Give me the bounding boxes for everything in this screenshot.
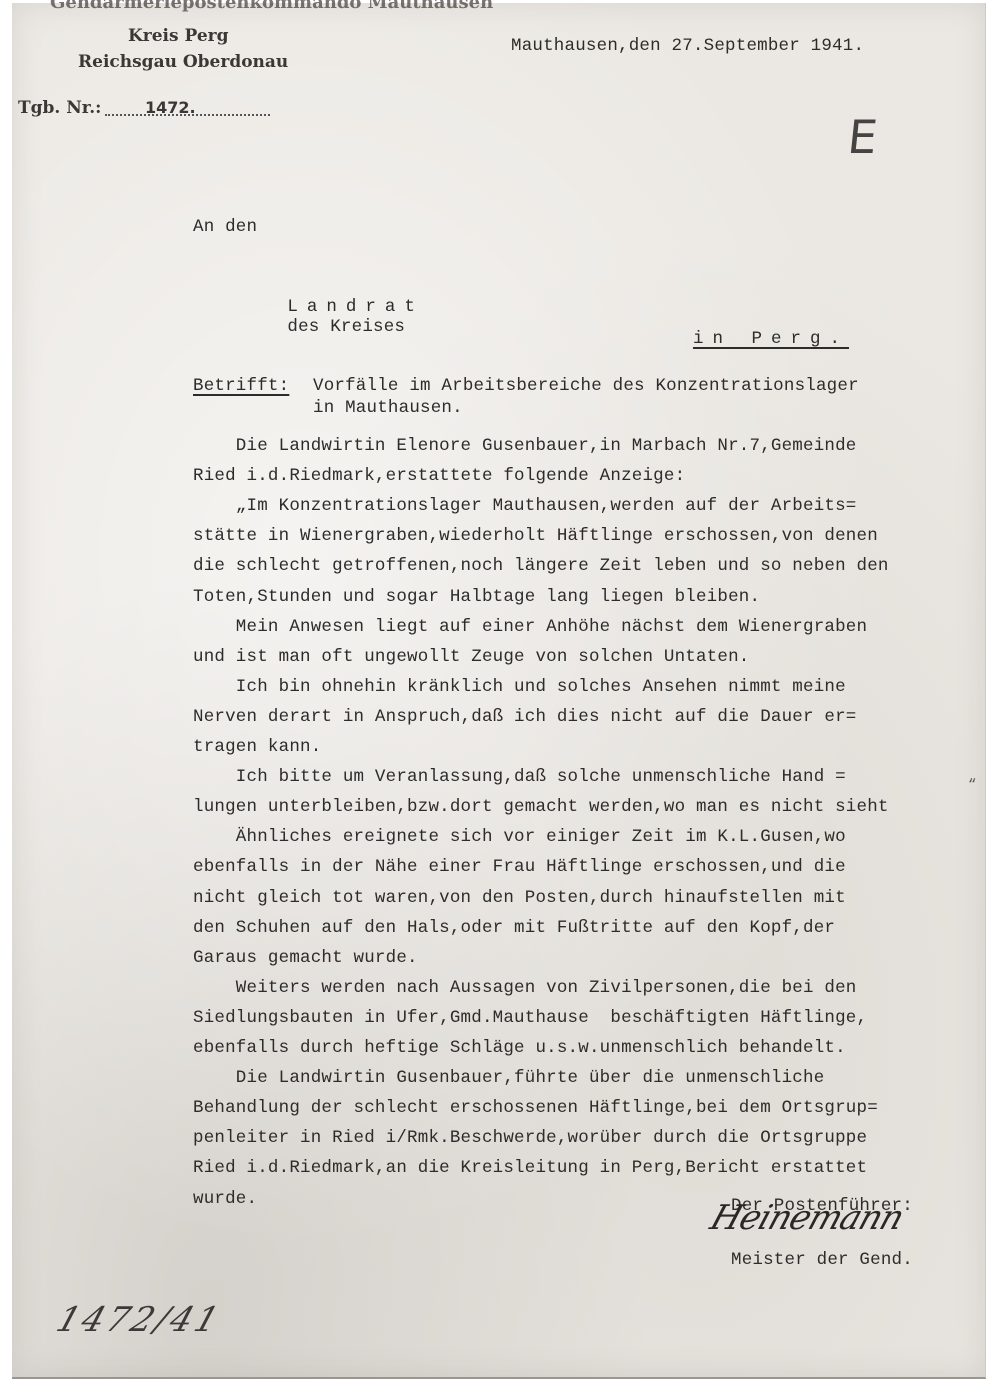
handwritten-reference-number: 1472/41 [52, 1300, 227, 1340]
body-line: Weiters werden nach Aussagen von Zivilpe… [193, 978, 857, 998]
body-line: nicht gleich tot waren,von den Posten,du… [193, 888, 846, 908]
body-line: Ich bitte um Veranlassung,daß solche unm… [193, 767, 846, 787]
body-line: Ried i.d.Riedmark,an die Kreisleitung in… [193, 1158, 867, 1178]
signature-rank: Meister der Gend. [731, 1250, 913, 1270]
handwritten-margin-mark: E [845, 110, 880, 164]
body-line: Die Landwirtin Elenore Gusenbauer,in Mar… [193, 436, 857, 456]
date-line: Mauthausen,den 27.September 1941. [511, 36, 864, 56]
body-line: lungen unterbleiben,bzw.dort gemacht wer… [193, 797, 889, 817]
body-line: Ried i.d.Riedmark,erstattete folgende An… [193, 466, 685, 486]
body-line: stätte in Wienergraben,wiederholt Häftli… [193, 526, 878, 546]
body-line: wurde. [193, 1189, 257, 1209]
journal-number-label: Tgb. Nr.: [18, 98, 101, 118]
letterhead-district: Kreis Perg [128, 26, 228, 46]
subject-line-1: Vorfälle im Arbeitsbereiche des Konzentr… [313, 376, 859, 396]
letterhead-station: Gendarmeriepostenkommando Mauthausen [50, 0, 493, 13]
body-line: Siedlungsbauten in Ufer,Gmd.Mauthause be… [193, 1008, 867, 1028]
body-line: Toten,Stunden und sogar Halbtage lang li… [193, 587, 760, 607]
subject-line-2: in Mauthausen. [313, 398, 463, 418]
body-line: Die Landwirtin Gusenbauer,führte über di… [193, 1068, 824, 1088]
body-line: Ich bin ohnehin kränklich und solches An… [193, 677, 846, 697]
subject-label: Betrifft: [193, 376, 289, 396]
body-line: Garaus gemacht wurde. [193, 948, 418, 968]
body-line: ebenfalls durch heftige Schläge u.s.w.un… [193, 1038, 846, 1058]
body-line: Ähnliches ereignete sich vor einiger Zei… [193, 827, 846, 847]
body-line: Behandlung der schlecht erschossenen Häf… [193, 1098, 878, 1118]
body-line: penleiter in Ried i/Rmk.Beschwerde,worüb… [193, 1128, 867, 1148]
recipient-location: in Perg. [693, 329, 849, 349]
journal-number: 1472. [145, 98, 196, 117]
letterhead-region: Reichsgau Oberdonau [78, 52, 288, 72]
body-line: tragen kann. [193, 737, 321, 757]
body-line: und ist man oft ungewollt Zeuge von solc… [193, 647, 750, 667]
body-line: „Im Konzentrationslager Mauthausen,werde… [193, 496, 857, 516]
closing-quote-mark: “ [968, 777, 976, 793]
body-line: Nerven derart in Anspruch,daß ich dies n… [193, 707, 857, 727]
recipient-salutation: An den [193, 217, 257, 237]
body-line: den Schuhen auf den Hals,oder mit Fußtri… [193, 918, 835, 938]
recipient-block: Landrat des Kreises [266, 277, 424, 337]
recipient-title-rest: des Kreises [287, 317, 405, 337]
body-line: die schlecht getroffenen,noch längere Ze… [193, 556, 889, 576]
body-line: Mein Anwesen liegt auf einer Anhöhe näch… [193, 617, 867, 637]
handwritten-signature: Heinemann [706, 1198, 909, 1238]
recipient-title: Landrat [287, 297, 424, 317]
body-line: ebenfalls in der Nähe einer Frau Häftlin… [193, 857, 846, 877]
